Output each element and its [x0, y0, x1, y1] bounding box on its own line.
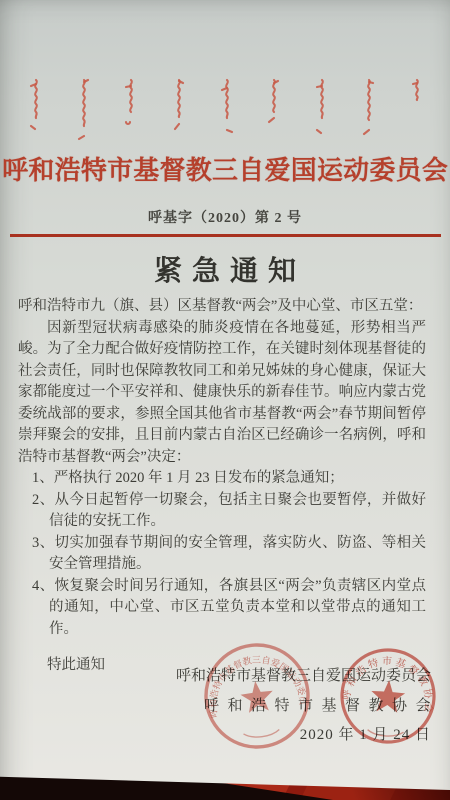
notice-item: 2、从今日起暂停一切聚会，包括主日聚会也要暂停，并做好信徒的安抚工作。 — [18, 490, 426, 533]
document-photo: 呼和浩特市基督教三自爱国运动委员会 呼基字（2020）第 2 号 紧急通知 呼和… — [0, 0, 450, 800]
mongolian-script-column-icon — [28, 78, 43, 138]
salutation: 呼和浩特市九（旗、县）区基督教“两会”及中心堂、市区五堂： — [18, 296, 426, 318]
mongolian-script-row — [28, 78, 424, 144]
mongolian-script-column-icon — [314, 78, 329, 136]
paper-sheet: 呼和浩特市基督教三自爱国运动委员会 呼基字（2020）第 2 号 紧急通知 呼和… — [0, 0, 450, 800]
notice-item-list: 1、严格执行 2020 年 1 月 23 日发布的紧急通知； 2、从今日起暂停一… — [18, 468, 426, 640]
signature-org-2: 呼和浩特市基督教协会 — [176, 692, 439, 722]
notice-title: 紧急通知 — [0, 249, 450, 289]
mongolian-script-column-icon — [76, 78, 91, 142]
signature-org-1: 呼和浩特市基督教三自爱国运动委员会 — [176, 662, 431, 692]
notice-paragraph: 因新型冠状病毒感染的肺炎疫情在各地蔓延，形势相当严峻。为了全力配合做好疫情防控工… — [18, 318, 426, 469]
letterhead-title: 呼和浩特市基督教三自爱国运动委员会 — [2, 150, 448, 187]
mongolian-script-column-icon — [219, 78, 234, 136]
notice-item: 4、恢复聚会时间另行通知，各旗县区“两会”负责辖区内堂点的通知，中心堂、市区五堂… — [18, 576, 426, 641]
mongolian-script-column-icon — [361, 78, 376, 138]
mongolian-script-column-icon — [171, 78, 186, 134]
document-number: 呼基字（2020）第 2 号 — [0, 207, 450, 227]
signature-block: 呼和浩特市基督教三自爱国运动委员会 呼和浩特市基督教协会 2020 年 1 月 … — [176, 662, 431, 751]
mongolian-script-column-icon — [266, 78, 281, 132]
mongolian-script-column-icon — [123, 78, 138, 128]
notice-item: 1、严格执行 2020 年 1 月 23 日发布的紧急通知； — [18, 468, 426, 490]
mongolian-script-column-icon — [409, 78, 424, 106]
notice-item: 3、切实加强春节期间的安全管理，落实防火、防盗、等相关安全管理措施。 — [18, 533, 426, 576]
signature-date: 2020 年 1 月 24 日 — [176, 721, 431, 751]
notice-body: 呼和浩特市九（旗、县）区基督教“两会”及中心堂、市区五堂： 因新型冠状病毒感染的… — [18, 296, 426, 691]
letterhead-divider — [10, 234, 441, 237]
